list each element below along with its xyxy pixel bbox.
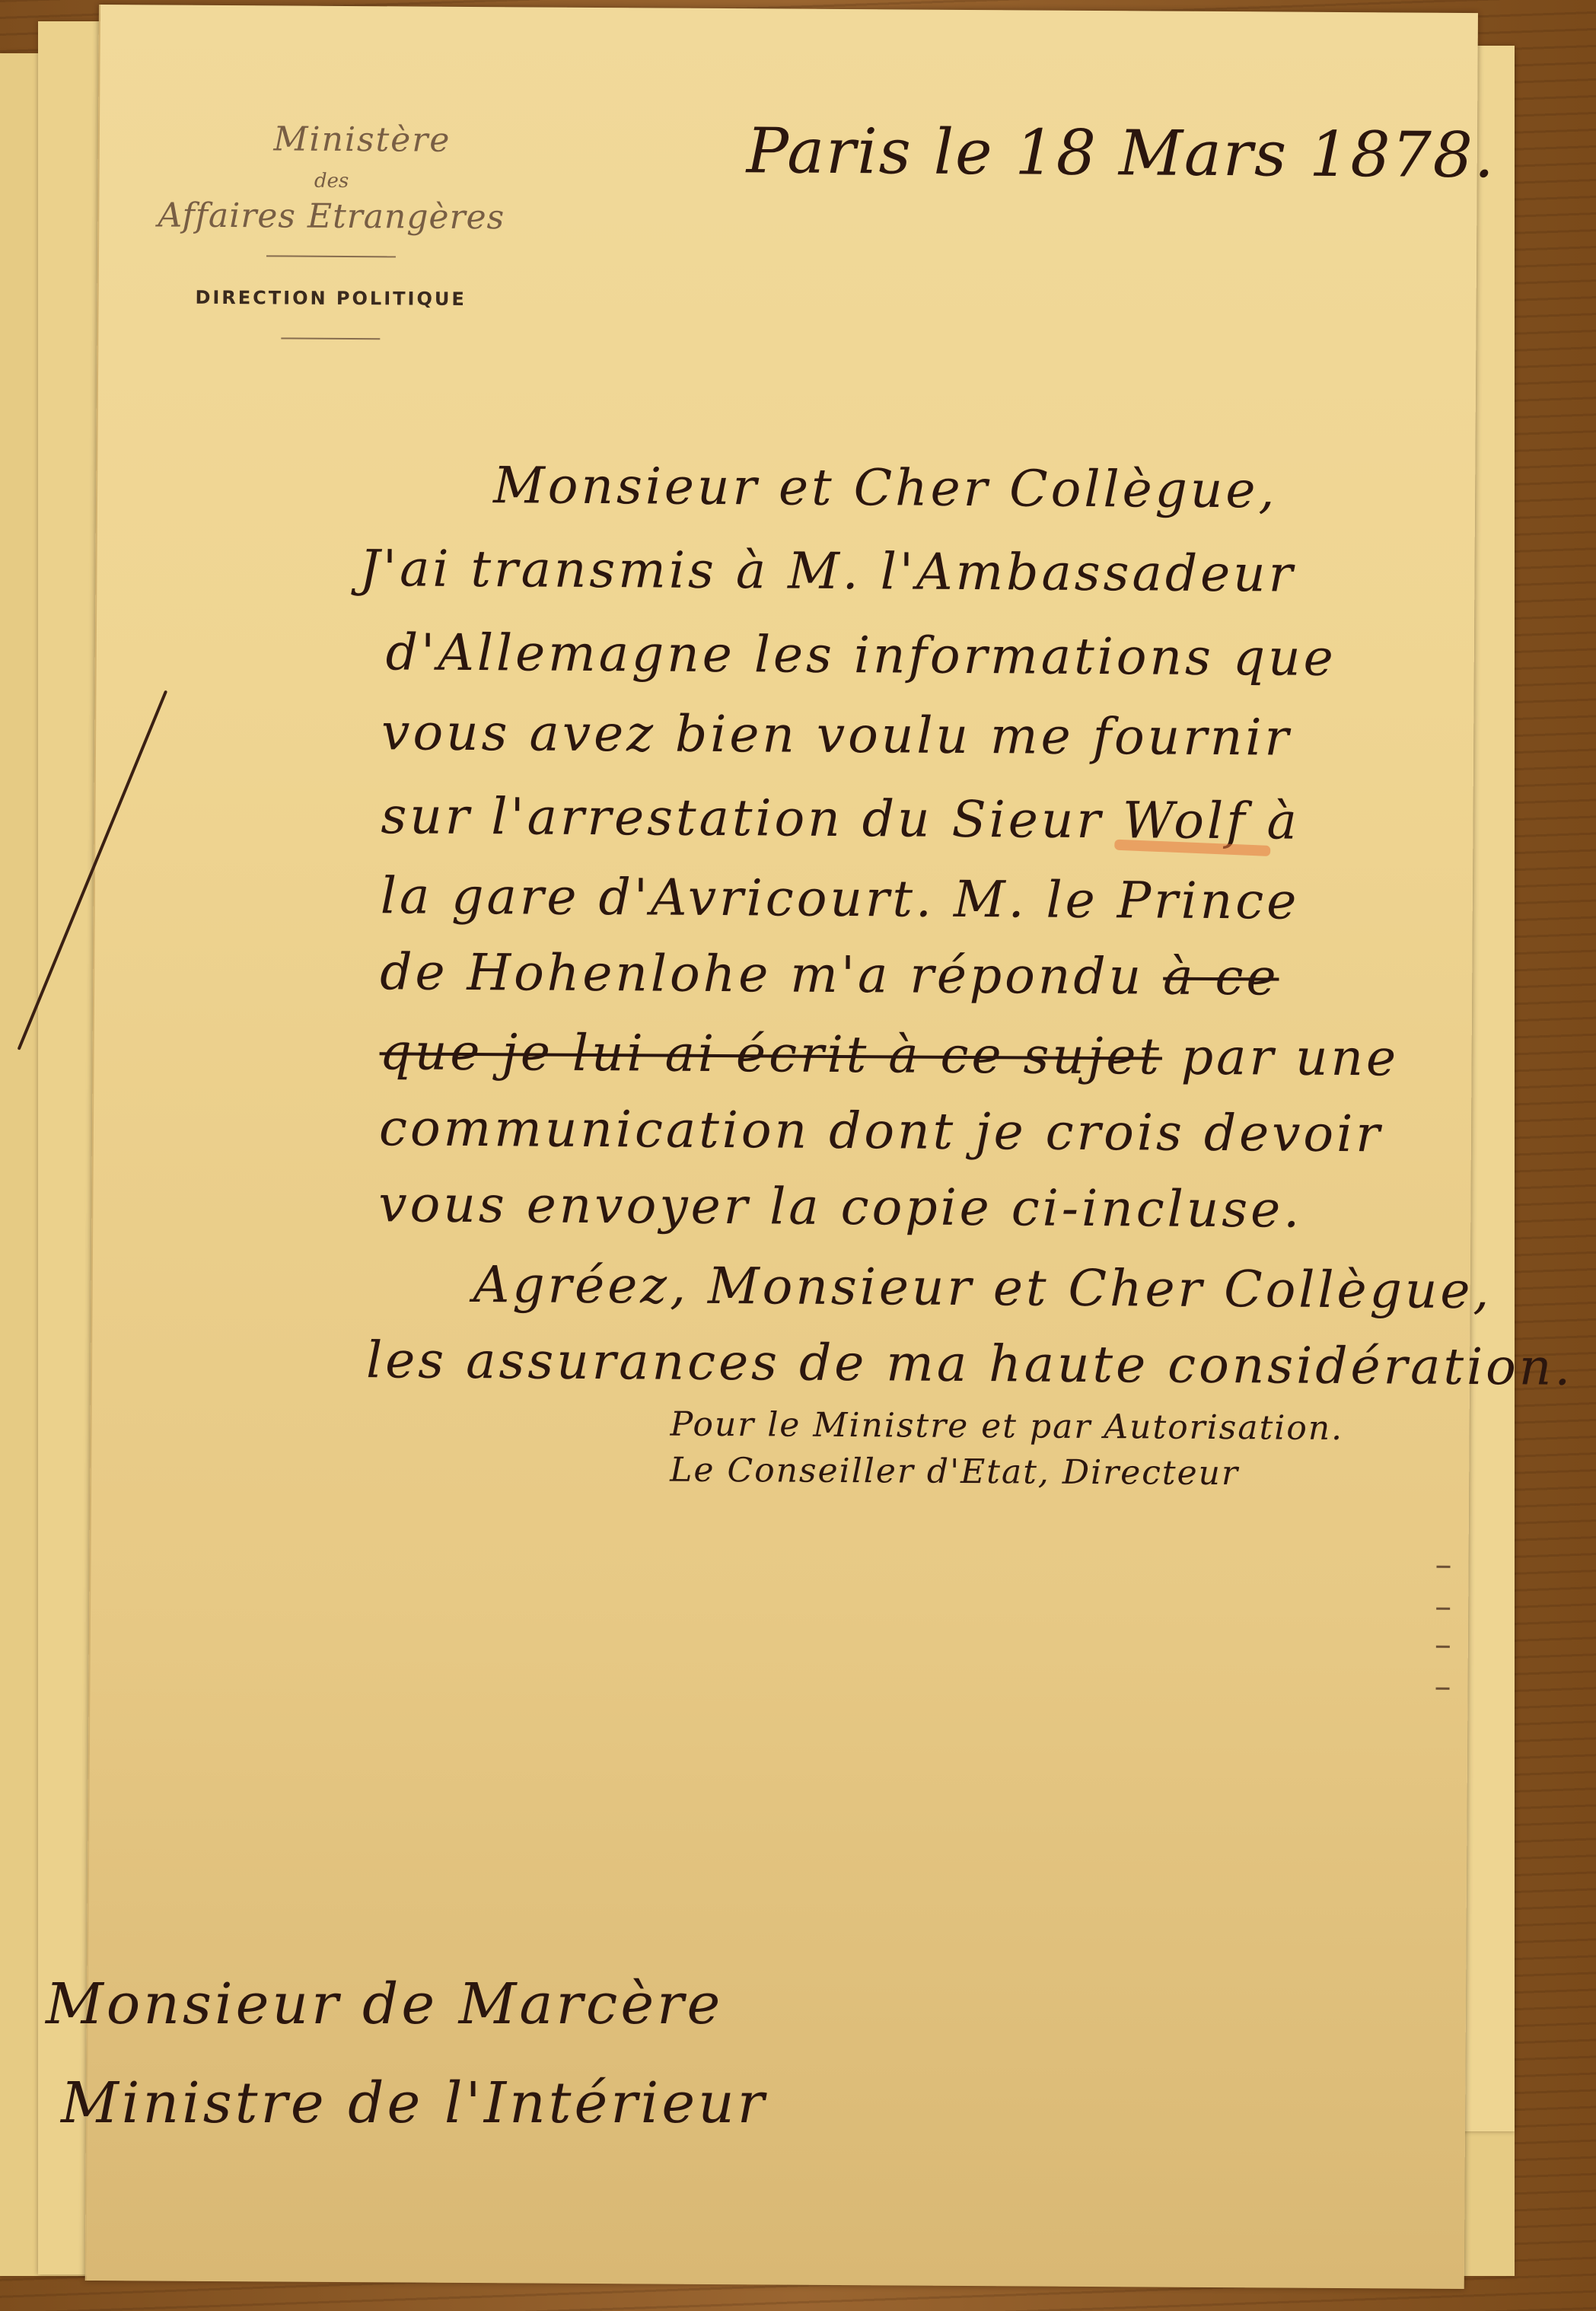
body-line: la gare d'Avricourt. M. le Prince [381,866,1300,930]
letterhead-divider [281,337,380,339]
struck-text: que je lui ai écrit à ce sujet [379,1022,1162,1085]
letterhead-des: des [153,168,511,193]
body-line: vous avez bien voulu me fournir [381,703,1292,767]
letterhead-affaires-etrangeres: Affaires Etrangères [152,196,510,237]
struck-text: à ce [1163,948,1279,1007]
closing-line: Agréez, Monsieur et Cher Collègue, [473,1255,1492,1320]
letterhead-ministere: Ministère [214,120,511,160]
body-line: J'ai transmis à M. l'Ambassadeur [359,539,1295,604]
highlighted-name-wolf: Wolf [1123,791,1248,850]
letter-page: Ministère des Affaires Etrangères DIRECT… [85,5,1478,2289]
letterhead-divider [266,255,396,257]
signature-line: Le Conseiller d'Etat, Directeur [670,1451,1239,1493]
salutation: Monsieur et Cher Collègue, [493,456,1278,519]
body-line: que je lui ai écrit à ce sujet par une [379,1022,1399,1087]
body-line: communication dont je crois devoir [379,1098,1383,1163]
addressee-title: Ministre de l'Intérieur [61,2070,767,2136]
dateline: Paris le 18 Mars 1878. [747,115,1496,192]
body-text: à [1247,792,1300,850]
body-line: de Hohenlohe m'a répondu à ce [380,942,1279,1006]
letterhead: Ministère des Affaires Etrangères DIRECT… [151,119,511,340]
body-text: par une [1162,1028,1400,1088]
body-line: sur l'arrestation du Sieur Wolf à [381,786,1300,850]
edge-marks [1426,1566,1451,1794]
signature-line: Pour le Ministre et par Autorisation. [670,1405,1343,1448]
body-line: d'Allemagne les informations que [386,623,1336,687]
letterhead-department: DIRECTION POLITIQUE [152,286,510,310]
closing-line: les assurances de ma haute considération… [366,1331,1574,1397]
addressee-name: Monsieur de Marcère [46,1972,723,2037]
body-text: de Hohenlohe m'a répondu [380,942,1163,1006]
body-text: sur l'arrestation du Sieur [381,786,1123,849]
body-line: vous envoyer la copie ci-incluse. [378,1175,1302,1238]
